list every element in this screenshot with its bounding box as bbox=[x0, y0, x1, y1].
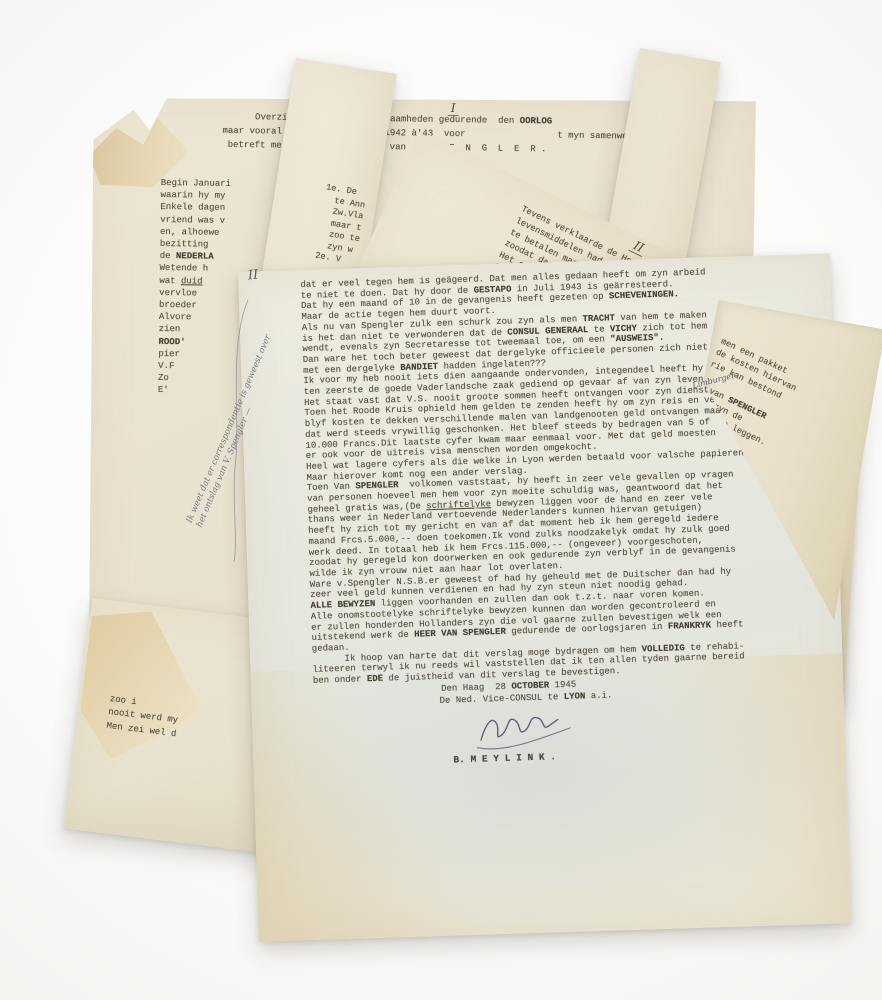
bottom-sheet-lines: zoo inooit werd myMen zei wel d bbox=[106, 693, 181, 741]
folded-corner bbox=[75, 604, 215, 770]
signee-name: B. M E Y L I N K . bbox=[453, 752, 556, 766]
signature-autograph bbox=[470, 705, 584, 758]
main-letter-body: dat er veel tegen hem is geägeerd. Dat m… bbox=[300, 266, 750, 686]
page-one-left-fragments: Begin Januariwaarin hy myEnkele dagenvri… bbox=[158, 177, 231, 398]
photo-of-document-stack: I Overzicht van myne werkzaamheden gedur… bbox=[0, 0, 882, 1000]
